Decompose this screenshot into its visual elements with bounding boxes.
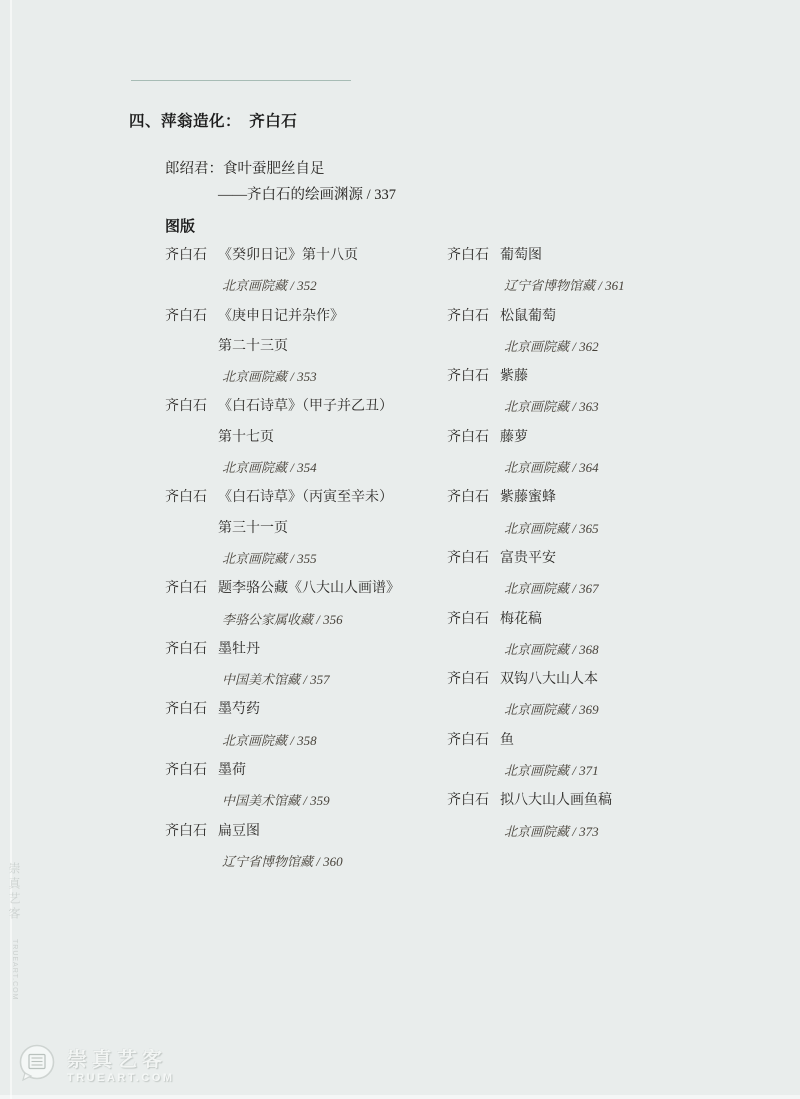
artwork-title: 扁豆图 — [218, 824, 260, 839]
artist-name: 齐白石 — [447, 544, 500, 574]
collection-and-page: 辽宁省博物馆藏 / 361 — [447, 271, 625, 301]
artwork-title: 《庚申日记并杂作》 — [218, 309, 344, 324]
entry-title-line: 齐白石扁豆图 — [165, 817, 400, 847]
entry-title-line: 齐白石梅花稿 — [447, 605, 625, 635]
artist-name: 齐白石 — [447, 786, 500, 816]
entry-title-line: 齐白石《癸卯日记》第十八页 — [165, 241, 400, 271]
section-title: 四、萍翁造化： 齐白石 — [129, 109, 297, 131]
entry-title-line: 齐白石双钩八大山人本 — [447, 665, 625, 695]
right-column: 齐白石葡萄图辽宁省博物馆藏 / 361齐白石松鼠葡萄北京画院藏 / 362齐白石… — [447, 241, 625, 847]
collection-and-page: 北京画院藏 / 364 — [447, 453, 625, 483]
catalog-entry: 齐白石《白石诗草》（丙寅至辛未）第三十一页北京画院藏 / 355 — [165, 483, 400, 574]
artist-name: 齐白石 — [447, 605, 500, 635]
artist-name: 齐白石 — [447, 362, 500, 392]
artwork-title: 鱼 — [500, 733, 514, 748]
artist-name: 齐白石 — [447, 665, 500, 695]
watermark-vertical-site: TRUEART.COM — [11, 939, 18, 1000]
artist-name: 齐白石 — [165, 574, 218, 604]
watermark-brand: 崇真艺客 — [67, 1043, 175, 1072]
catalog-entry: 齐白石墨荷中国美术馆藏 / 359 — [165, 756, 400, 817]
catalog-entry: 齐白石拟八大山人画鱼稿北京画院藏 / 373 — [447, 786, 625, 847]
catalog-entry: 齐白石墨芍药北京画院藏 / 358 — [165, 695, 400, 756]
essay-subtitle-page: ——齐白石的绘画渊源 / 337 — [165, 182, 396, 208]
collection-and-page: 北京画院藏 / 363 — [447, 392, 625, 422]
artwork-title: 双钩八大山人本 — [500, 672, 598, 687]
watermark-vertical-brand: 崇真艺客 — [7, 862, 21, 922]
entry-title-line: 齐白石《庚申日记并杂作》 — [165, 302, 400, 332]
catalog-entry: 齐白石《癸卯日记》第十八页北京画院藏 / 352 — [165, 241, 400, 302]
collection-and-page: 中国美术馆藏 / 357 — [165, 665, 400, 695]
artist-name: 齐白石 — [165, 756, 218, 786]
collection-and-page: 北京画院藏 / 368 — [447, 635, 625, 665]
entry-title-line: 齐白石紫藤 — [447, 362, 625, 392]
entry-title-line: 齐白石拟八大山人画鱼稿 — [447, 786, 625, 816]
collection-and-page: 北京画院藏 / 373 — [447, 817, 625, 847]
artist-name: 齐白石 — [165, 695, 218, 725]
catalog-entry: 齐白石紫藤蜜蜂北京画院藏 / 365 — [447, 483, 625, 544]
artwork-title: 梅花稿 — [500, 612, 542, 627]
artwork-title: 松鼠葡萄 — [500, 309, 556, 324]
artwork-title: 拟八大山人画鱼稿 — [500, 793, 612, 808]
entry-title-line: 齐白石墨荷 — [165, 756, 400, 786]
book-page: 四、萍翁造化： 齐白石 郎绍君：食叶蚕肥丝自足 ——齐白石的绘画渊源 / 337… — [0, 0, 800, 1099]
catalog-entry: 齐白石鱼北京画院藏 / 371 — [447, 726, 625, 787]
catalog-entry: 齐白石墨牡丹中国美术馆藏 / 357 — [165, 635, 400, 696]
catalog-entry: 齐白石《白石诗草》（甲子并乙丑）第十七页北京画院藏 / 354 — [165, 392, 400, 483]
artwork-title: 富贵平安 — [500, 551, 556, 566]
artwork-title-continued: 第二十三页 — [165, 332, 400, 362]
section-divider-rule — [131, 80, 351, 81]
artist-name: 齐白石 — [165, 483, 218, 513]
collection-and-page: 北京画院藏 / 365 — [447, 514, 625, 544]
plates-heading: 图版 — [165, 215, 195, 236]
catalog-entry: 齐白石梅花稿北京画院藏 / 368 — [447, 605, 625, 666]
entry-title-line: 齐白石题李骆公藏《八大山人画谱》 — [165, 574, 400, 604]
artwork-title: 墨荷 — [218, 763, 246, 778]
artist-name: 齐白石 — [165, 392, 218, 422]
artwork-title: 《白石诗草》（丙寅至辛未） — [218, 490, 393, 505]
artist-name: 齐白石 — [165, 302, 218, 332]
artist-name: 齐白石 — [165, 241, 218, 271]
collection-and-page: 北京画院藏 / 369 — [447, 695, 625, 725]
collection-and-page: 辽宁省博物馆藏 / 360 — [165, 847, 400, 877]
artwork-title: 紫藤蜜蜂 — [500, 490, 556, 505]
artwork-title-continued: 第三十一页 — [165, 514, 400, 544]
catalog-entry: 齐白石扁豆图辽宁省博物馆藏 / 360 — [165, 817, 400, 878]
essay-entry: 郎绍君：食叶蚕肥丝自足 ——齐白石的绘画渊源 / 337 — [165, 156, 396, 208]
catalog-entry: 齐白石《庚申日记并杂作》第二十三页北京画院藏 / 353 — [165, 302, 400, 393]
entry-title-line: 齐白石《白石诗草》（丙寅至辛未） — [165, 483, 400, 513]
entry-title-line: 齐白石富贵平安 — [447, 544, 625, 574]
entry-title-line: 齐白石葡萄图 — [447, 241, 625, 271]
artwork-title: 葡萄图 — [500, 248, 542, 263]
catalog-entry: 齐白石题李骆公藏《八大山人画谱》李骆公家属收藏 / 356 — [165, 574, 400, 635]
entry-title-line: 齐白石紫藤蜜蜂 — [447, 483, 625, 513]
catalog-entry: 齐白石葡萄图辽宁省博物馆藏 / 361 — [447, 241, 625, 302]
collection-and-page: 李骆公家属收藏 / 356 — [165, 605, 400, 635]
collection-and-page: 北京画院藏 / 355 — [165, 544, 400, 574]
artwork-title: 《白石诗草》（甲子并乙丑） — [218, 399, 393, 414]
watermark-text: 崇真艺客 TRUEART.COM — [67, 1043, 175, 1084]
artist-name: 齐白石 — [165, 635, 218, 665]
watermark-site: TRUEART.COM — [67, 1072, 175, 1084]
artwork-title: 《癸卯日记》第十八页 — [218, 248, 358, 263]
artist-name: 齐白石 — [447, 726, 500, 756]
entry-title-line: 齐白石藤萝 — [447, 423, 625, 453]
collection-and-page: 北京画院藏 / 353 — [165, 362, 400, 392]
left-column: 齐白石《癸卯日记》第十八页北京画院藏 / 352齐白石《庚申日记并杂作》第二十三… — [165, 241, 400, 877]
artist-name: 齐白石 — [447, 302, 500, 332]
artwork-title: 题李骆公藏《八大山人画谱》 — [218, 581, 400, 596]
entry-title-line: 齐白石鱼 — [447, 726, 625, 756]
artist-name: 齐白石 — [447, 483, 500, 513]
artist-name: 齐白石 — [447, 241, 500, 271]
artist-name: 齐白石 — [447, 423, 500, 453]
artwork-title: 紫藤 — [500, 369, 528, 384]
collection-and-page: 北京画院藏 / 362 — [447, 332, 625, 362]
artwork-title: 墨牡丹 — [218, 642, 260, 657]
collection-and-page: 北京画院藏 / 354 — [165, 453, 400, 483]
chat-bubble-lines-icon — [16, 1042, 58, 1084]
catalog-entry: 齐白石紫藤北京画院藏 / 363 — [447, 362, 625, 423]
entry-title-line: 齐白石《白石诗草》（甲子并乙丑） — [165, 392, 400, 422]
collection-and-page: 北京画院藏 / 371 — [447, 756, 625, 786]
collection-and-page: 中国美术馆藏 / 359 — [165, 786, 400, 816]
collection-and-page: 北京画院藏 / 358 — [165, 726, 400, 756]
artwork-title: 藤萝 — [500, 430, 528, 445]
artwork-title-continued: 第十七页 — [165, 423, 400, 453]
entry-title-line: 齐白石松鼠葡萄 — [447, 302, 625, 332]
entry-title-line: 齐白石墨芍药 — [165, 695, 400, 725]
artist-name: 齐白石 — [165, 817, 218, 847]
essay-author-title: 郎绍君：食叶蚕肥丝自足 — [165, 156, 396, 182]
catalog-entry: 齐白石双钩八大山人本北京画院藏 / 369 — [447, 665, 625, 726]
catalog-entry: 齐白石藤萝北京画院藏 / 364 — [447, 423, 625, 484]
collection-and-page: 北京画院藏 / 352 — [165, 271, 400, 301]
catalog-entry: 齐白石松鼠葡萄北京画院藏 / 362 — [447, 302, 625, 363]
catalog-entry: 齐白石富贵平安北京画院藏 / 367 — [447, 544, 625, 605]
collection-and-page: 北京画院藏 / 367 — [447, 574, 625, 604]
entry-title-line: 齐白石墨牡丹 — [165, 635, 400, 665]
watermark-vertical: 崇真艺客 TRUEART.COM — [8, 862, 20, 1000]
artwork-title: 墨芍药 — [218, 702, 260, 717]
page-bottom-edge — [0, 1095, 800, 1099]
watermark: 崇真艺客 TRUEART.COM — [16, 1042, 175, 1084]
